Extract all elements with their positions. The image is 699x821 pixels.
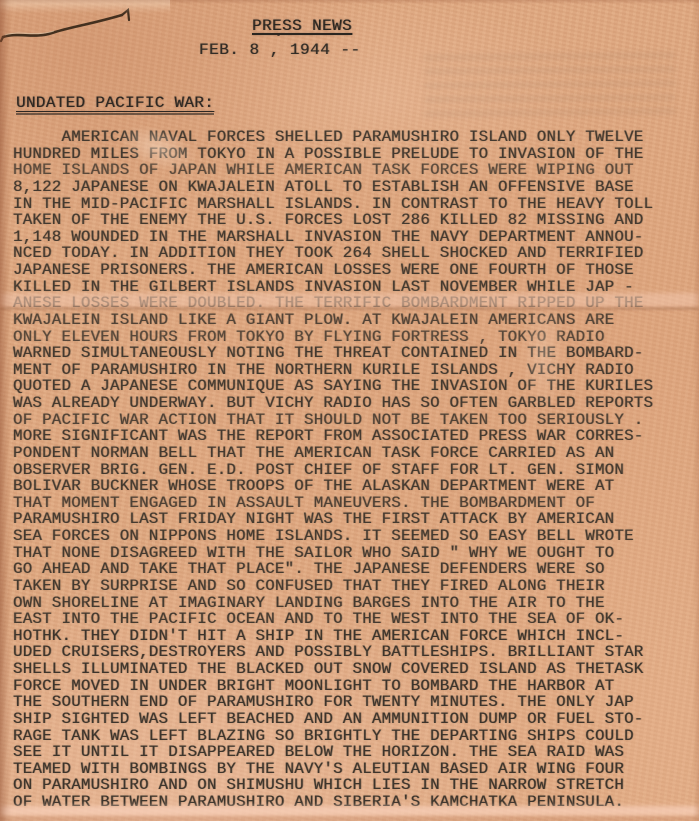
- article-line: EAST INTO THE PACIFIC OCEAN AND TO THE W…: [13, 611, 689, 628]
- article-line: MORE SIGNIFICANT WAS THE REPORT FROM ASS…: [13, 428, 689, 445]
- article-line: UDED CRUISERS,DESTROYERS AND POSSIBLY BA…: [13, 644, 689, 661]
- article-line: HOTHK. THEY DIDN'T HIT A SHIP IN THE AME…: [13, 628, 689, 645]
- article-line: TEAMED WITH BOMBINGS BY THE NAVY'S ALEUT…: [13, 761, 689, 778]
- article-line: THE SOUTHERN END OF PARAMUSHIRO FOR TWEN…: [13, 694, 689, 711]
- article-line: OF PACIFIC WAR ACTION THAT IT SHOULD NOT…: [13, 412, 689, 429]
- article-line: GO AHEAD AND TAKE THAT PLACE". THE JAPAN…: [13, 561, 689, 578]
- article-line: 1,148 WOUNDED IN THE MARSHALL INVASION T…: [13, 229, 689, 246]
- article-line: OBSERVER BRIG. GEN. E.D. POST CHIEF OF S…: [13, 462, 689, 479]
- article-line: PARAMUSHIRO LAST FRIDAY NIGHT WAS THE FI…: [13, 511, 689, 528]
- article-line: HOME ISLANDS OF JAPAN WHILE AMERICAN TAS…: [13, 162, 689, 179]
- article-line: IN THE MID-PACIFIC MARSHALL ISLANDS. IN …: [13, 196, 689, 213]
- paper-edge-highlight: [0, 0, 170, 13]
- ink-bleedthrough-smudge: [424, 53, 677, 118]
- page-title: PRESS NEWS: [252, 17, 352, 35]
- article-line: OF WATER BETWEEN PARAMUSHIRO AND SIBERIA…: [13, 794, 689, 811]
- article-line: HUNDRED MILES FROM TOKYO IN A POSSIBLE P…: [13, 146, 689, 163]
- article-line: WAS ALREADY UNDERWAY. BUT VICHY RADIO HA…: [13, 395, 689, 412]
- article-line: MENT OF PARAMUSHIRO IN THE NORTHERN KURI…: [13, 362, 689, 379]
- article-line: THAT NONE DISAGREED WITH THE SAILOR WHO …: [13, 545, 689, 562]
- article-line: NCED TODAY. IN ADDITION THEY TOOK 264 SH…: [13, 245, 689, 262]
- scan-edge: [693, 0, 699, 821]
- article-body: AMERICAN NAVAL FORCES SHELLED PARAMUSHIR…: [13, 129, 689, 811]
- article-line: RAGE TANK WAS LEFT BLAZING SO BRIGHTLY T…: [13, 728, 689, 745]
- article-line: KWAJALEIN ISLAND LIKE A GIANT PLOW. AT K…: [13, 312, 689, 329]
- date-line: FEB. 8 , 1944 --: [199, 41, 361, 59]
- article-line: KILLED IN THE GILBERT ISLANDS INVASION L…: [13, 279, 689, 296]
- article-line: BOLIVAR BUCKNER WHOSE TROOPS OF THE ALAS…: [13, 478, 689, 495]
- article-line: ONLY ELEVEN HOURS FROM TOKYO BY FLYING F…: [13, 329, 689, 346]
- scan-edge: [0, 0, 11, 821]
- article-line: JAPANESE PRISONERS. THE AMERICAN LOSSES …: [13, 262, 689, 279]
- article-line: QUOTED A JAPANESE COMMUNIQUE AS SAYING T…: [13, 378, 689, 395]
- article-line: OWN SHORELINE AT IMAGINARY LANDING BARGE…: [13, 595, 689, 612]
- article-line: ON PARAMUSHIRO AND ON SHIMUSHU WHICH LIE…: [13, 777, 689, 794]
- article-line: PONDENT NORMAN BELL THAT THE AMERICAN TA…: [13, 445, 689, 462]
- article-line: SHELLS ILLUMINATED THE BLACKED OUT SNOW …: [13, 661, 689, 678]
- article-line: THAT MOMENT ENGAGED IN ASSAULT MANEUVERS…: [13, 495, 689, 512]
- section-heading: UNDATED PACIFIC WAR:: [16, 94, 214, 115]
- document-page: PRESS NEWS FEB. 8 , 1944 -- UNDATED PACI…: [0, 0, 699, 821]
- article-line: 8,122 JAPANESE ON KWAJALEIN ATOLL TO EST…: [13, 179, 689, 196]
- article-line: SHIP SIGHTED WAS LEFT BEACHED AND AN AMM…: [13, 711, 689, 728]
- article-line: ANESE LOSSES WERE DOUBLED. THE TERRIFIC …: [13, 295, 689, 312]
- article-line: SEA FORCES ON NIPPONS HOME ISLANDS. IT S…: [13, 528, 689, 545]
- article-line: TAKEN OF THE ENEMY THE U.S. FORCES LOST …: [13, 212, 689, 229]
- typed-dot-artifact: [277, 33, 280, 36]
- article-line: SEE IT UNTIL IT DISAPPEARED BELOW THE HO…: [13, 744, 689, 761]
- article-line: TAKEN BY SURPRISE AND SO CONFUSED THAT T…: [13, 578, 689, 595]
- staple-icon: [0, 2, 150, 48]
- article-line: WARNED SIMULTANEOUSLY NOTING THE THREAT …: [13, 345, 689, 362]
- article-line: AMERICAN NAVAL FORCES SHELLED PARAMUSHIR…: [13, 129, 689, 146]
- scan-edge: [0, 0, 699, 4]
- paper-crease-shadow: [0, 816, 699, 821]
- article-line: FORCE MOVED IN UNDER BRIGHT MOONLIGHT TO…: [13, 678, 689, 695]
